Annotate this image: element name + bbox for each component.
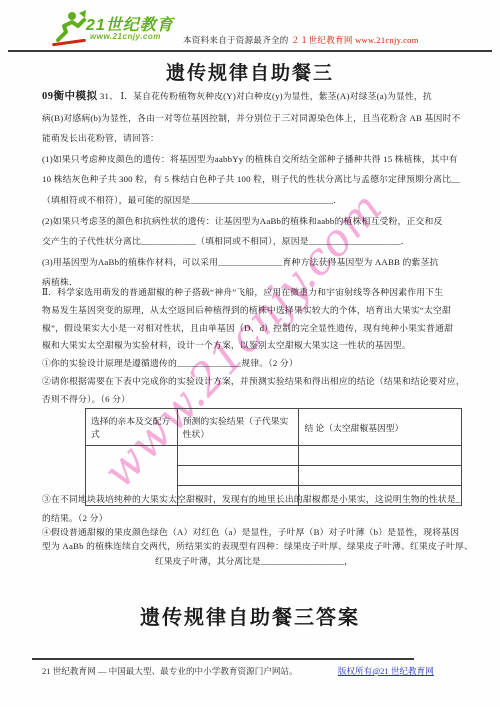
question-line: 能萌发长出花粉管，请回答： <box>42 128 466 149</box>
question-line: ③在不同地块栽培纯种的大果实太空甜椒时，发现有的地里长出的甜椒都是小果实，这说明… <box>42 490 466 509</box>
col-header-parents-cross: 选择的亲本及交配方式 <box>86 409 178 446</box>
question-line: ②请你根据需要在下表中完成你的实验设计方案，并预测实验结果和得出相应的结论（结果… <box>42 373 466 391</box>
question-line: (2)如果只考虑茎的颜色和抗病性状的遗传：让基因型为AaBb的植株和aabb的植… <box>42 211 466 232</box>
question-line: (1)如果只考虑种皮颜色的遗传：将基因型为aabbYy 的植株自交所结全部种子播… <box>42 149 466 170</box>
table-row <box>86 446 462 466</box>
intro-line-text: 31、 Ⅰ．某自花传粉植物灰种皮(Y)对白种皮(y)为显性，紫茎(A)对绿茎(a… <box>100 91 432 101</box>
col-header-predicted-result: 预测的实验结果（子代果实性状） <box>177 409 299 446</box>
question-line: 物易发生基因突变的原理，从太空返回后种植得到的植株中选择果实较大的个体，培育出大… <box>42 302 466 320</box>
question-line: Ⅱ．科学家选用萌发的普通甜椒的种子搭载“神舟”飞船，应用在微重力和宇宙射线等各种… <box>42 284 466 302</box>
answer-cell-conclusion <box>299 446 462 466</box>
exam-source-label: 09衡中模拟 <box>42 91 98 102</box>
header-divider <box>8 50 492 52</box>
question-line: 10 株结灰色种子共 300 粒，有 5 株结白色种子共 100 粒，则子代的性… <box>42 169 466 190</box>
table-header-row: 选择的亲本及交配方式 预测的实验结果（子代果实性状） 结 论（太空甜椒基因型） <box>86 409 462 446</box>
answer-cell-conclusion <box>299 466 462 486</box>
question-line: (3)用基因型为AaBb的植株作材料，可以采用______________育种方… <box>42 252 466 273</box>
notice-prefix: 本资料来自于资源最齐全的 <box>183 35 289 45</box>
question-line: 椒”，假设果实大小是一对相对性状，且由单基因（D、d）控制的完全显性遗传，现有纯… <box>42 320 466 338</box>
section-4-questions: ④假设普通甜椒的果皮颜色绿色（A）对红色（a）是显性，子叶厚（B）对子叶薄（b）… <box>42 526 466 569</box>
answer-cell-result <box>177 466 299 486</box>
section-1-questions: 09衡中模拟 31、 Ⅰ．某自花传粉植物灰种皮(Y)对白种皮(y)为显性，紫茎(… <box>42 86 466 293</box>
copyright-link[interactable]: 版权所有@21 世纪教育网 <box>338 666 434 676</box>
section-2-questions: Ⅱ．科学家选用萌发的普通甜椒的种子搭载“神舟”飞船，应用在微重力和宇宙射线等各种… <box>42 284 466 409</box>
question-line: 交产生的子代性状分离比____________（填相同或不相同），原因是____… <box>42 231 466 252</box>
notice-brand-highlight: ２１世纪教育网 <box>291 35 353 45</box>
logo-url-text: www.21cnjy.com <box>90 32 161 41</box>
question-line-centered: 红果皮子叶薄，其分离比是___________________， <box>42 553 466 569</box>
footer-slogan: 21 世纪教育网 — 中国最大型、最专业的中小学教育资源门户网站。 <box>42 666 298 676</box>
header-source-notice: 本资料来自于资源最齐全的 ２１世纪教育网 www.21cnjy.com <box>183 34 419 46</box>
question-line: ①你的实验设计原理是遵循遗传的______________规律。（2 分） <box>42 355 466 373</box>
footer-divider <box>32 658 414 660</box>
question-line: ④假设普通甜椒的果皮颜色绿色（A）对红色（a）是显性，子叶厚（B）对子叶薄（b）… <box>42 526 466 540</box>
notice-url-link[interactable]: www.21cnjy.com <box>355 35 419 45</box>
page-title: 遗传规律自助餐三 <box>0 58 500 85</box>
document-page: 21世纪教育 www.21cnjy.com 本资料来自于资源最齐全的 ２１世纪教… <box>0 0 500 707</box>
question-line: （填相符或不相符），最可能的原因是_______________________… <box>42 190 466 211</box>
answers-section-title: 遗传规律自助餐三答案 <box>0 601 500 630</box>
question-line: 型为 AaBb 的植株连续自交两代，所结果实的表现型有四种：绿果皮子叶厚、绿果皮… <box>42 540 466 554</box>
answer-cell-result <box>177 446 299 466</box>
question-line: 病(B)对感病(b)为显性，各由一对等位基因控制，并分别位于三对同源染色体上，且… <box>42 108 466 129</box>
col-header-conclusion: 结 论（太空甜椒基因型） <box>299 409 462 446</box>
question-line: 09衡中模拟 31、 Ⅰ．某自花传粉植物灰种皮(Y)对白种皮(y)为显性，紫茎(… <box>42 86 466 108</box>
question-line: 椒和大果实太空甜椒为实验材料，设计一个方案，以鉴别太空甜椒大果实这一性状的基因型… <box>42 337 466 355</box>
question-line: 否则不得分）。（6 分） <box>42 391 466 409</box>
site-logo[interactable]: 21世纪教育 www.21cnjy.com <box>52 10 192 48</box>
footer: 21 世纪教育网 — 中国最大型、最专业的中小学教育资源门户网站。 版权所有@2… <box>42 665 434 677</box>
section-3-questions: ③在不同地块栽培纯种的大果实太空甜椒时，发现有的地里长出的甜椒都是小果实，这说明… <box>42 490 466 528</box>
